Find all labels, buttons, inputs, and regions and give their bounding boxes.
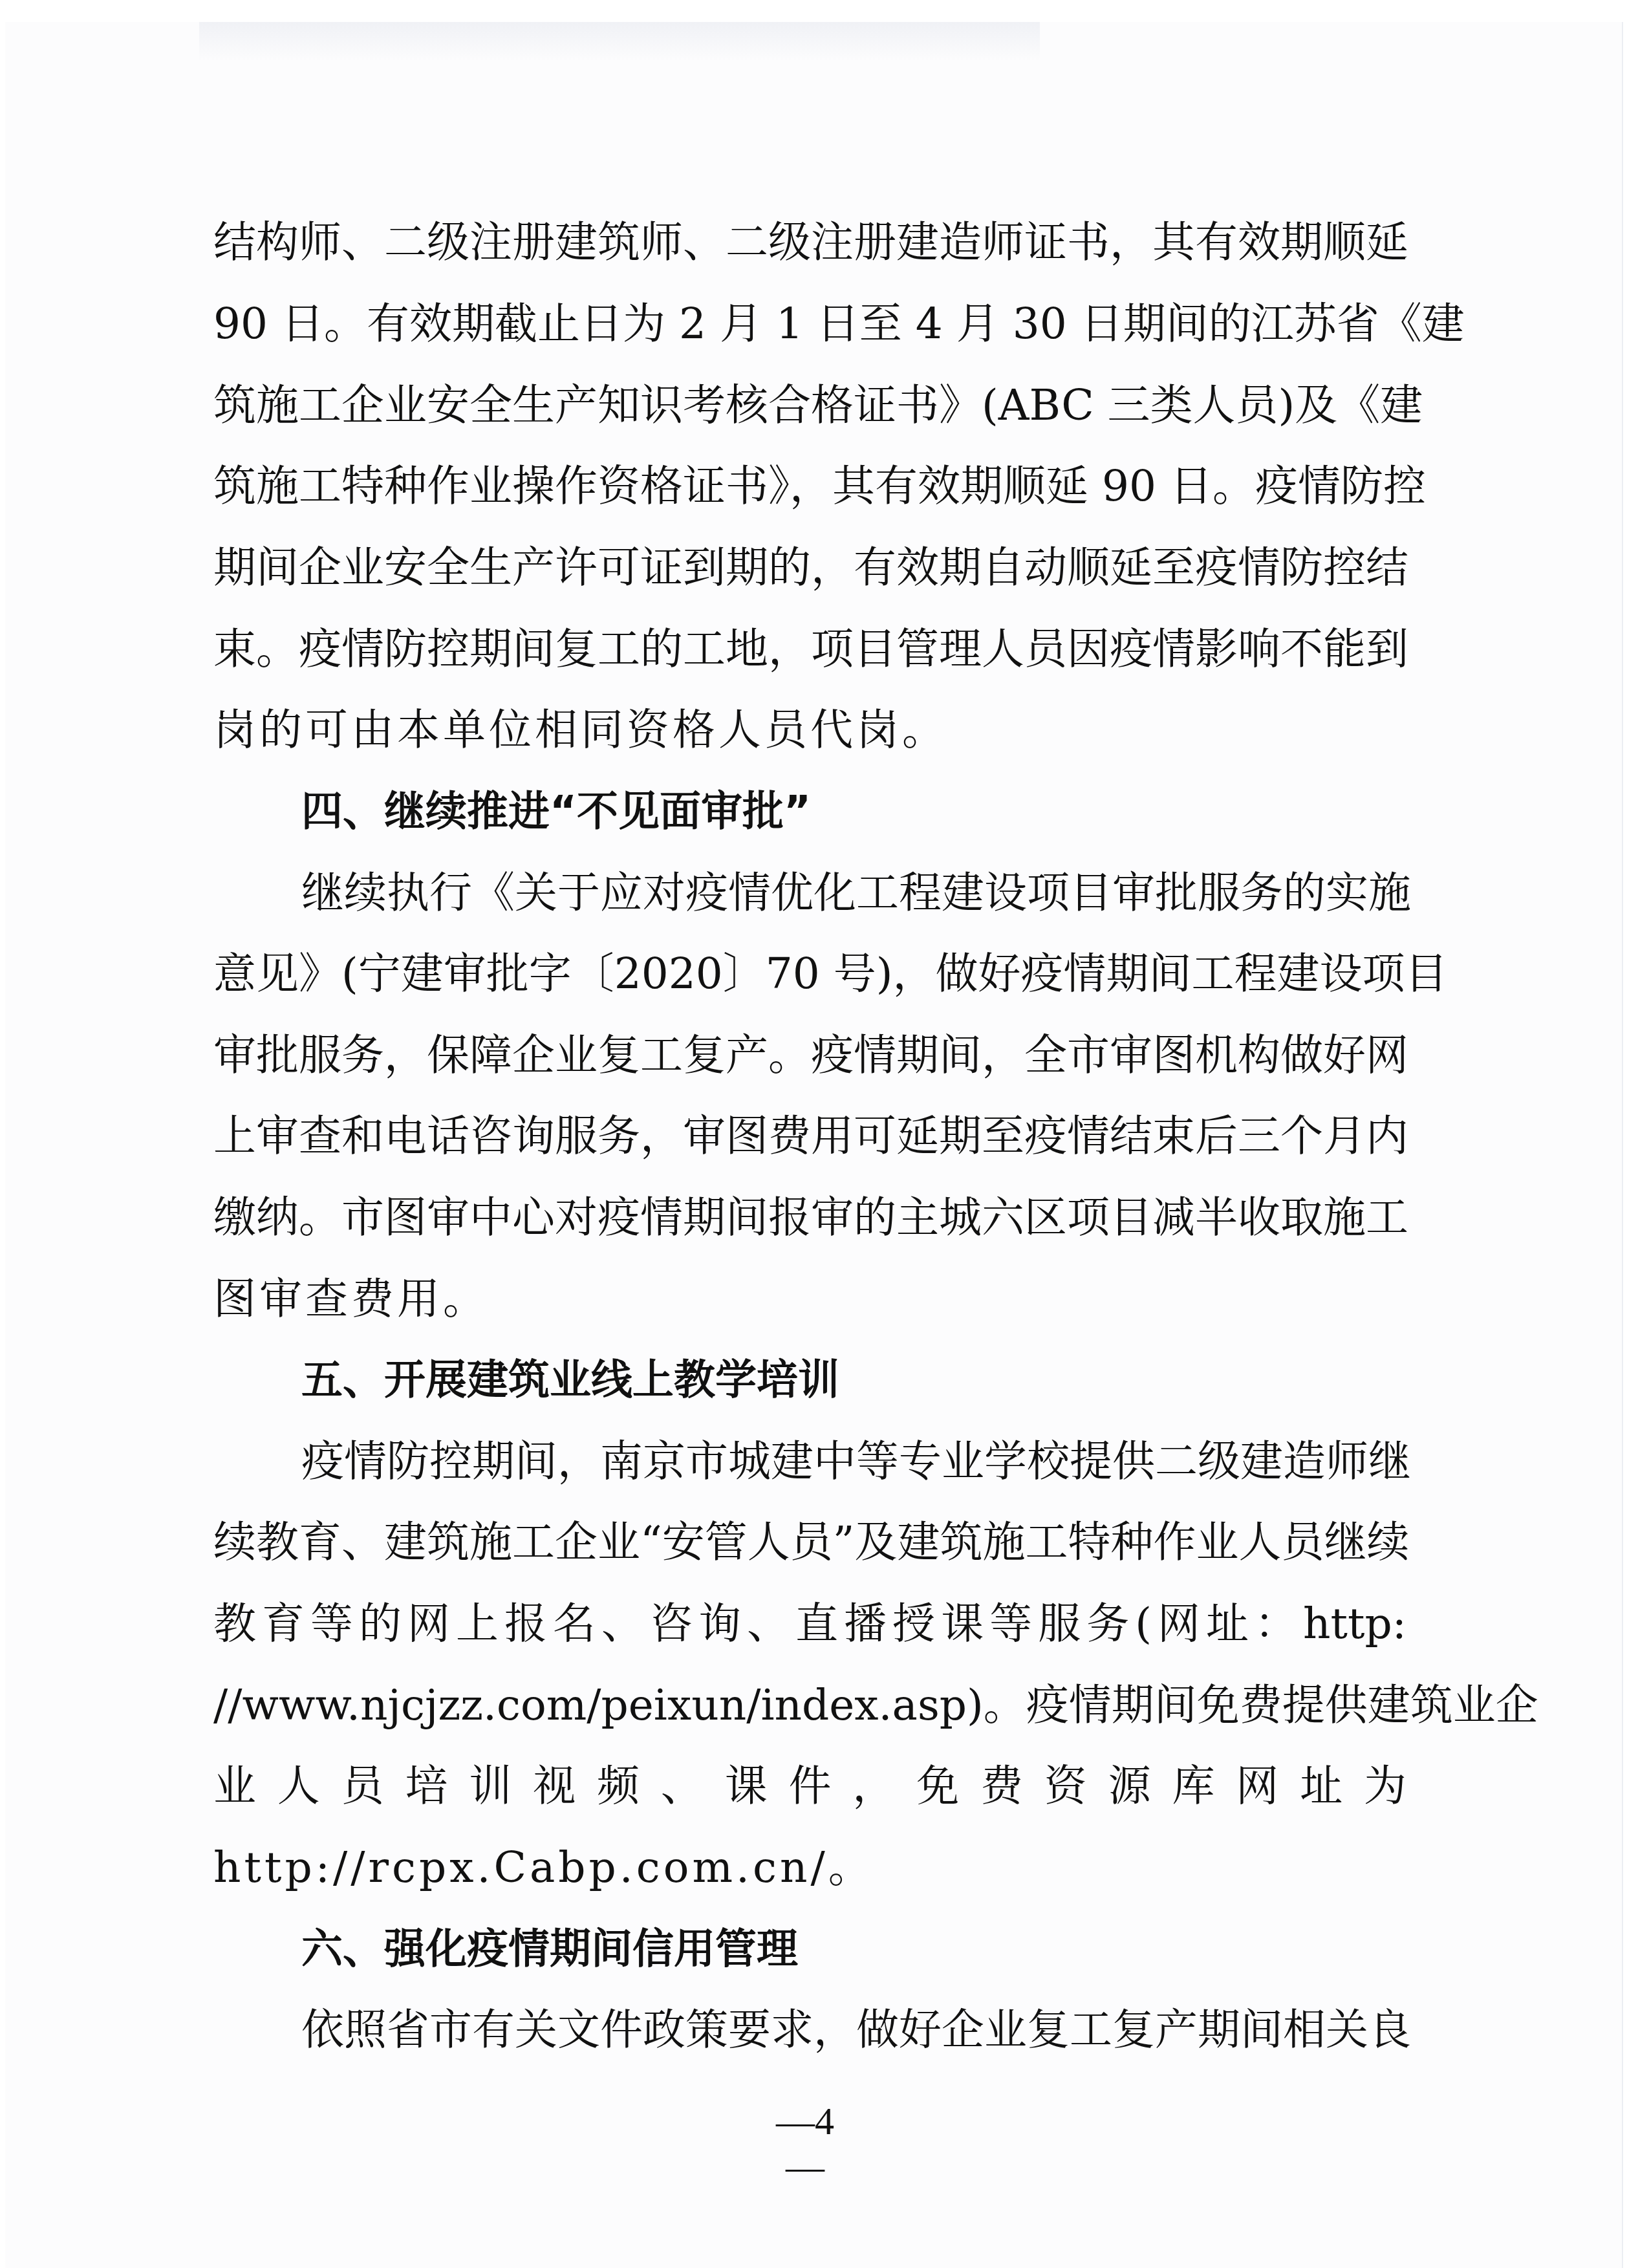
body-line-12: 上审查和电话咨询服务，审图费用可延期至疫情结束后三个月内 [213, 1096, 1406, 1177]
section-heading-5: 五、开展建筑业线上教学培训 [301, 1339, 1406, 1421]
body-line-7: 岗的可由本单位相同资格人员代岗。 [213, 689, 1406, 771]
body-line-5: 期间企业安全生产许可证到期的，有效期自动顺延至疫情防控结 [213, 527, 1406, 609]
body-line-21: http://rcpx.Cabp.com.cn/。 [213, 1827, 1406, 1908]
body-line-6: 束。疫情防控期间复工的工地，项目管理人员因疫情影响不能到 [213, 609, 1406, 690]
body-line-3: 筑施工企业安全生产知识考核合格证书》(ABC 三类人员)及《建 [213, 365, 1406, 446]
body-line-14: 图审查费用。 [213, 1258, 1406, 1340]
body-line-18: 教育等的网上报名、咨询、直播授课等服务(网址：http: [213, 1583, 1406, 1665]
body-line-13: 缴纳。市图审中心对疫情期间报审的主城六区项目减半收取施工 [213, 1177, 1406, 1258]
body-line-23: 依照省市有关文件政策要求，做好企业复工复产期间相关良 [301, 1989, 1406, 2071]
page-number: —4— [760, 2099, 850, 2144]
body-line-20: 业 人 员 培 训 视 频 、 课 件 ， 免 费 资 源 库 网 址 为 [213, 1745, 1406, 1827]
body-line-4: 筑施工特种作业操作资格证书》，其有效期顺延 90 日。疫情防控 [213, 446, 1406, 527]
section-heading-6: 六、强化疫情期间信用管理 [301, 1908, 1406, 1990]
scan-shadow [199, 22, 1040, 61]
section-heading-4: 四、继续推进“不见面审批” [301, 771, 1406, 852]
body-line-19: //www.njcjzz.com/peixun/index.asp)。疫情期间免… [213, 1665, 1406, 1746]
body-line-1: 结构师、二级注册建筑师、二级注册建造师证书，其有效期顺延 [213, 202, 1406, 283]
body-line-11: 审批服务，保障企业复工复产。疫情期间，全市审图机构做好网 [213, 1015, 1406, 1096]
body-line-10: 意见》(宁建审批字〔2020〕70 号)，做好疫情期间工程建设项目 [213, 933, 1406, 1015]
body-line-2: 90 日。有效期截止日为 2 月 1 日至 4 月 30 日期间的江苏省《建 [213, 283, 1406, 365]
body-line-17: 续教育、建筑施工企业“安管人员”及建筑施工特种作业人员继续 [213, 1502, 1406, 1583]
body-line-16: 疫情防控期间，南京市城建中等专业学校提供二级建造师继 [301, 1421, 1406, 1502]
body-line-9: 继续执行《关于应对疫情优化工程建设项目审批服务的实施 [301, 852, 1406, 934]
